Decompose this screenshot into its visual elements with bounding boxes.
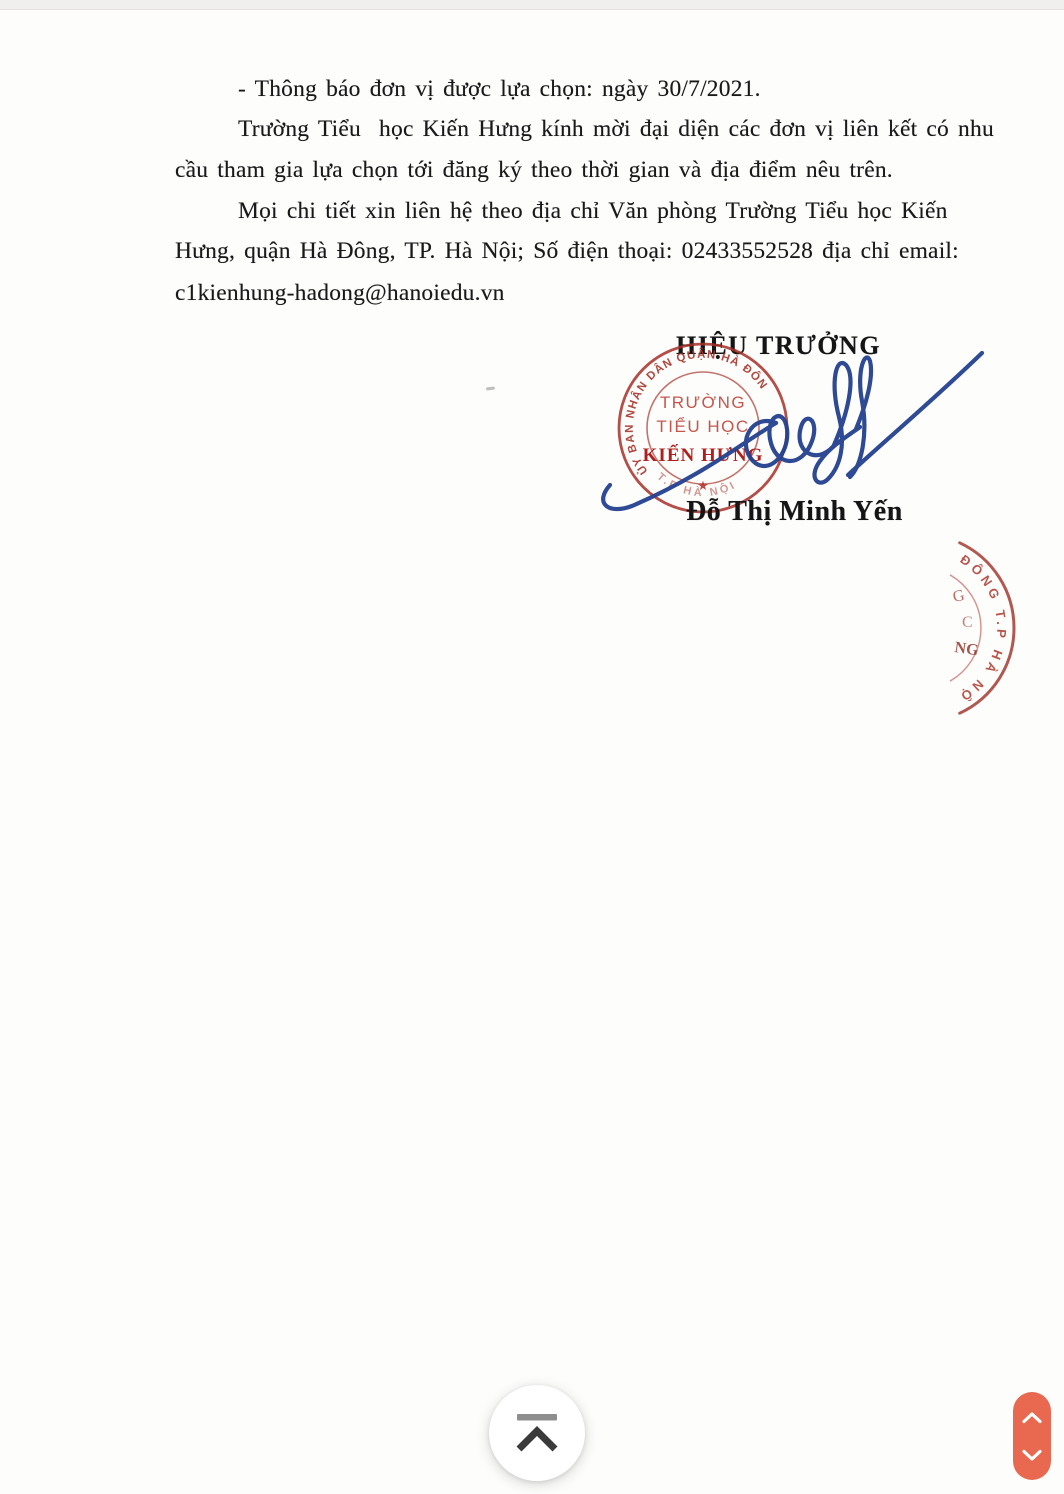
document-viewer: { "page": { "background": "#fdfdfc", "to… — [0, 0, 1064, 1494]
doc-line: Mọi chi tiết xin liên hệ theo địa chỉ Vă… — [238, 198, 948, 225]
chevron-up-icon — [1021, 1411, 1043, 1424]
partial-stamp-imprint: ĐÔNG T.P HÀ NỘI G C NG — [920, 530, 1064, 730]
partial-stamp-arc-text: ĐÔNG T.P HÀ NỘI — [916, 518, 1009, 706]
chevron-down-icon — [1021, 1449, 1043, 1462]
doc-line: c1kienhung-hadong@hanoiedu.vn — [175, 280, 505, 307]
ink-artifact — [486, 386, 495, 390]
doc-line: Hưng, quận Hà Đông, TP. Hà Nội; Số điện … — [175, 238, 959, 265]
doc-line: cầu tham gia lựa chọn tới đăng ký theo t… — [175, 157, 893, 184]
scroll-to-top-button[interactable] — [489, 1385, 585, 1481]
nav-down-button[interactable] — [1013, 1439, 1051, 1471]
signature — [590, 325, 1000, 520]
viewer-top-strip — [0, 0, 1064, 10]
scroll-to-top-icon — [513, 1411, 561, 1455]
partial-stamp-fragment: C — [962, 614, 973, 631]
partial-stamp-fragment: NG — [953, 639, 980, 659]
doc-line: - Thông báo đơn vị được lựa chọn: ngày 3… — [238, 76, 761, 103]
doc-line: Trường Tiểu học Kiến Hưng kính mời đại d… — [238, 116, 994, 143]
page-nav-control — [1013, 1392, 1051, 1480]
svg-text:ĐÔNG T.P HÀ NỘI: ĐÔNG T.P HÀ NỘI — [916, 518, 1009, 706]
partial-stamp-fragment: G — [951, 587, 966, 606]
nav-up-button[interactable] — [1013, 1401, 1051, 1433]
signer-name: Đỗ Thị Minh Yến — [686, 496, 903, 528]
